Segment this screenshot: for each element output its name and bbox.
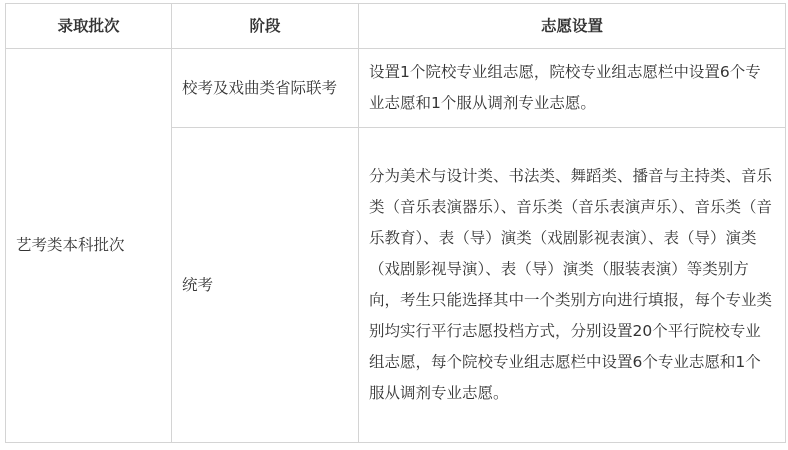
header-stage: 阶段 bbox=[172, 4, 359, 49]
cell-volunteer-setting: 分为美术与设计类、书法类、舞蹈类、播音与主持类、音乐类（音乐表演器乐）、音乐类（… bbox=[359, 128, 786, 443]
table-header-row: 录取批次 阶段 志愿设置 bbox=[6, 4, 786, 49]
header-volunteer-setting: 志愿设置 bbox=[359, 4, 786, 49]
table-row: 艺考类本科批次 校考及戏曲类省际联考 设置1个院校专业组志愿，院校专业组志愿栏中… bbox=[6, 49, 786, 128]
admission-volunteer-table: 录取批次 阶段 志愿设置 艺考类本科批次 校考及戏曲类省际联考 设置1个院校专业… bbox=[5, 3, 786, 443]
header-admission-batch: 录取批次 bbox=[6, 4, 172, 49]
cell-volunteer-setting: 设置1个院校专业组志愿，院校专业组志愿栏中设置6个专业志愿和1个服从调剂专业志愿… bbox=[359, 49, 786, 128]
cell-admission-batch: 艺考类本科批次 bbox=[6, 49, 172, 443]
cell-stage: 校考及戏曲类省际联考 bbox=[172, 49, 359, 128]
cell-stage: 统考 bbox=[172, 128, 359, 443]
